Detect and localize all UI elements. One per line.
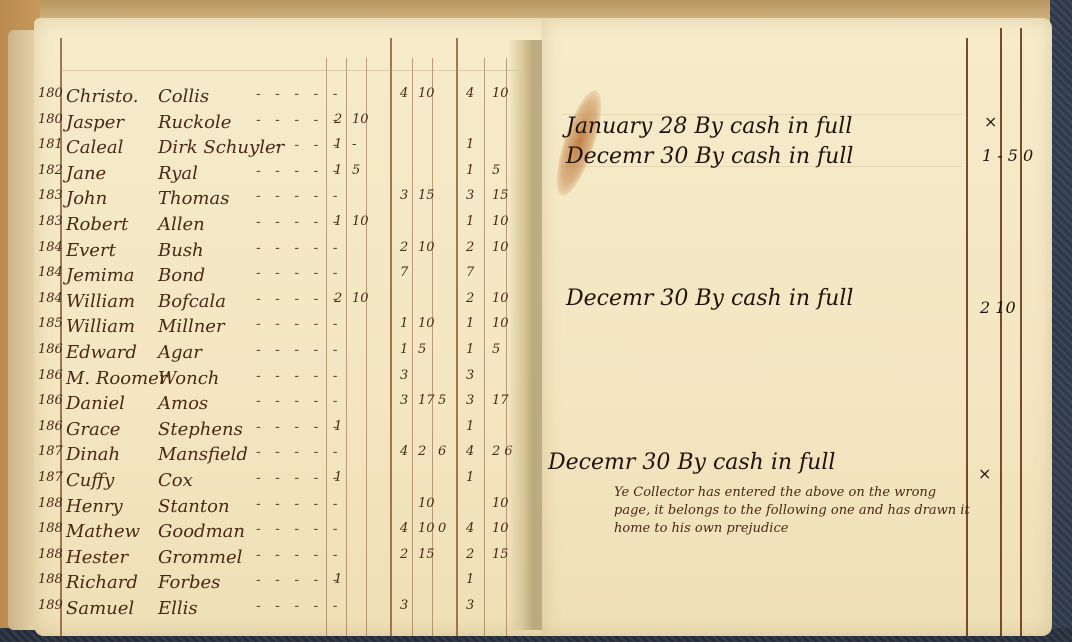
first-name: Evert — [66, 240, 116, 261]
col-b-shillings: 10 — [418, 496, 435, 511]
col-a-pounds: 2 — [334, 112, 342, 127]
total-shillings: 10 — [492, 214, 509, 229]
total-pounds: 1 — [466, 316, 474, 331]
ledger-row: 180 Christo. Collis - - - - - 4 10 4 10 — [34, 86, 554, 111]
last-name: Bond — [158, 265, 205, 286]
total-shillings: 5 — [492, 163, 500, 178]
ledger-row: 184 William Bofcala - - - - - 2 10 2 10 — [34, 291, 554, 316]
page-ref: 188 — [38, 521, 63, 536]
ledger-row: 188 Richard Forbes - - - - - 1 1 — [34, 572, 554, 597]
first-name: Grace — [66, 419, 120, 440]
last-name: Bofcala — [158, 291, 226, 312]
last-name: Bush — [158, 240, 204, 261]
leader-dashes: - - - - - — [256, 393, 342, 409]
ledger-row: 188 Mathew Goodman - - - - - 4 10 0 4 10 — [34, 521, 554, 546]
torn-page-edge — [508, 40, 544, 630]
col-a-shillings: 10 — [352, 291, 369, 306]
last-name: Ryal — [158, 163, 198, 184]
correction-note: Ye Collector has entered the above on th… — [614, 484, 974, 538]
entry-amount: 2 10 — [980, 298, 1016, 317]
ledger-row: 181 Caleal Dirk Schuyler - - - - - 1 - 1 — [34, 137, 554, 162]
total-shillings: 10 — [492, 291, 509, 306]
total-pounds: 1 — [466, 137, 474, 152]
ledger-row: 185 William Millner - - - - - 1 10 1 10 — [34, 316, 554, 341]
leader-dashes: - - - - - — [256, 444, 342, 460]
first-name: Hester — [66, 547, 128, 568]
ledger-row: 189 Samuel Ellis - - - - - 3 3 — [34, 598, 554, 623]
ledger-row: 184 Jemima Bond - - - - - 7 7 — [34, 265, 554, 290]
first-name: Cuffy — [66, 470, 114, 491]
col-a-pounds: 1 — [334, 163, 342, 178]
ledger-row: 188 Hester Grommel - - - - - 2 15 2 15 — [34, 547, 554, 572]
last-name: Stanton — [158, 496, 230, 517]
page-ref: 189 — [38, 598, 63, 613]
page-ref: 180 — [38, 112, 63, 127]
last-name: Grommel — [158, 547, 242, 568]
col-b-shillings: 10 — [418, 521, 435, 536]
page-ref: 184 — [38, 265, 63, 280]
col-b-shillings: 5 — [418, 342, 426, 357]
ledger-row: 186 Grace Stephens - - - - - 1 1 — [34, 419, 554, 444]
page-ref: 184 — [38, 240, 63, 255]
last-name: Cox — [158, 470, 193, 491]
col-a-pounds: 2 — [334, 291, 342, 306]
total-pounds: 1 — [466, 419, 474, 434]
col-b-pounds: 3 — [400, 598, 408, 613]
ledger-left-page: 180 Christo. Collis - - - - - 4 10 4 10 … — [34, 18, 554, 636]
page-ref: 182 — [38, 163, 63, 178]
leader-dashes: - - - - - — [256, 188, 342, 204]
col-a-pounds: 1 — [334, 419, 342, 434]
page-ref: 188 — [38, 572, 63, 587]
first-name: M. Roomer — [66, 368, 167, 389]
ledger-row: 186 Edward Agar - - - - - 1 5 1 5 — [34, 342, 554, 367]
last-name: Collis — [158, 86, 209, 107]
header-rule — [60, 70, 520, 71]
first-name: Edward — [66, 342, 137, 363]
leader-dashes: - - - - - — [256, 419, 342, 435]
last-name: Millner — [158, 316, 225, 337]
column-rule — [966, 38, 968, 636]
leader-dashes: - - - - - — [256, 214, 342, 230]
first-name: Dinah — [66, 444, 120, 465]
leader-dashes: - - - - - — [256, 291, 342, 307]
total-shillings: 10 — [492, 86, 509, 101]
col-b-shillings: 15 — [418, 547, 435, 562]
col-a-pounds: 1 — [334, 572, 342, 587]
col-b-pounds: 1 — [400, 342, 408, 357]
page-ref: 185 — [38, 316, 63, 331]
ledger-row: 186 M. Roomer Wonch - - - - - 3 3 — [34, 368, 554, 393]
ledger-row: 186 Daniel Amos - - - - - 3 17 5 3 17 — [34, 393, 554, 418]
total-shillings: 10 — [492, 521, 509, 536]
col-b-pounds: 2 — [400, 240, 408, 255]
entry-text: Decemr 30 By cash in full — [548, 450, 835, 475]
last-name: Allen — [158, 214, 205, 235]
leader-dashes: - - - - - — [256, 137, 342, 153]
entry-text: Decemr 30 By cash in full — [566, 144, 853, 169]
leader-dashes: - - - - - — [256, 368, 342, 384]
ledger-row: 187 Dinah Mansfield - - - - - 4 2 6 4 2 … — [34, 444, 554, 469]
total-pounds: 1 — [466, 163, 474, 178]
leader-dashes: - - - - - — [256, 112, 342, 128]
page-ref: 184 — [38, 291, 63, 306]
page-ref: 181 — [38, 137, 63, 152]
ledger-right-page: January 28 By cash in full × Decemr 30 B… — [542, 18, 1052, 636]
col-b-shillings: 17 — [418, 393, 435, 408]
leader-dashes: - - - - - — [256, 470, 342, 486]
last-name: Forbes — [158, 572, 220, 593]
entry-amount: 1 - 5 0 — [982, 146, 1033, 165]
last-name: Agar — [158, 342, 202, 363]
first-name: Christo. — [66, 86, 138, 107]
total-pounds: 1 — [466, 342, 474, 357]
first-name: Robert — [66, 214, 128, 235]
last-name: Amos — [158, 393, 208, 414]
check-mark: × — [984, 112, 997, 131]
first-name: Jasper — [66, 112, 124, 133]
ledger-row: 183 John Thomas - - - - - 3 15 3 15 — [34, 188, 554, 213]
first-name: Jemima — [66, 265, 135, 286]
col-b-pence: 0 — [438, 521, 446, 536]
col-b-pounds: 1 — [400, 316, 408, 331]
total-shillings: 17 — [492, 393, 509, 408]
page-ref: 187 — [38, 470, 63, 485]
total-pounds: 3 — [466, 393, 474, 408]
col-b-pounds: 4 — [400, 521, 408, 536]
total-pounds: 7 — [466, 265, 474, 280]
total-pounds: 4 — [466, 444, 474, 459]
ledger-row: 180 Jasper Ruckole - - - - - 2 10 — [34, 112, 554, 137]
col-b-shillings: 10 — [418, 86, 435, 101]
binding-cloth-right — [1050, 0, 1072, 642]
col-a-shillings: 10 — [352, 112, 369, 127]
total-shillings: 5 — [492, 342, 500, 357]
total-shillings: 15 — [492, 547, 509, 562]
first-name: Henry — [66, 496, 123, 517]
first-name: Caleal — [66, 137, 123, 158]
total-shillings: 10 — [492, 240, 509, 255]
first-name: Jane — [66, 163, 106, 184]
page-ref: 186 — [38, 368, 63, 383]
total-pounds: 2 — [466, 291, 474, 306]
col-b-pounds: 2 — [400, 547, 408, 562]
first-name: William — [66, 316, 135, 337]
page-ref: 183 — [38, 214, 63, 229]
total-pounds: 4 — [466, 521, 474, 536]
check-mark: × — [978, 464, 991, 483]
col-b-shillings: 10 — [418, 240, 435, 255]
col-b-pounds: 7 — [400, 265, 408, 280]
col-b-pence: 5 — [438, 393, 446, 408]
col-a-shillings: 5 — [352, 163, 360, 178]
leader-dashes: - - - - - — [256, 572, 342, 588]
leader-dashes: - - - - - — [256, 342, 342, 358]
page-ref: 188 — [38, 496, 63, 511]
col-a-shillings: 10 — [352, 214, 369, 229]
entry-text: Decemr 30 By cash in full — [566, 286, 853, 311]
col-b-pence: 6 — [438, 444, 446, 459]
col-b-pounds: 4 — [400, 444, 408, 459]
first-name: Mathew — [66, 521, 140, 542]
page-ref: 183 — [38, 188, 63, 203]
col-a-pounds: 1 — [334, 214, 342, 229]
leader-dashes: - - - - - — [256, 240, 342, 256]
page-ref: 180 — [38, 86, 63, 101]
page-ref: 186 — [38, 419, 63, 434]
col-a-shillings: - — [352, 137, 356, 152]
col-b-shillings: 15 — [418, 188, 435, 203]
last-name: Thomas — [158, 188, 229, 209]
total-pounds: 3 — [466, 598, 474, 613]
col-b-pounds: 3 — [400, 188, 408, 203]
total-shillings: 15 — [492, 188, 509, 203]
page-ref: 186 — [38, 393, 63, 408]
ledger-row: 183 Robert Allen - - - - - 1 10 1 10 — [34, 214, 554, 239]
page-ref: 187 — [38, 444, 63, 459]
col-b-pounds: 3 — [400, 368, 408, 383]
total-pounds: 2 — [466, 547, 474, 562]
col-b-pounds: 3 — [400, 393, 408, 408]
total-pounds: 1 — [466, 470, 474, 485]
column-rule — [1000, 28, 1002, 636]
total-pounds: 2 — [466, 240, 474, 255]
first-name: William — [66, 291, 135, 312]
leader-dashes: - - - - - — [256, 521, 342, 537]
total-shillings: 10 — [492, 316, 509, 331]
col-b-shillings: 10 — [418, 316, 435, 331]
last-name: Ruckole — [158, 112, 231, 133]
leader-dashes: - - - - - — [256, 265, 342, 281]
column-rule — [1020, 28, 1022, 636]
total-pounds: 1 — [466, 214, 474, 229]
total-pounds: 3 — [466, 368, 474, 383]
col-b-shillings: 2 — [418, 444, 426, 459]
last-name: Ellis — [158, 598, 198, 619]
first-name: Richard — [66, 572, 138, 593]
leader-dashes: - - - - - — [256, 86, 342, 102]
total-pounds: 3 — [466, 188, 474, 203]
total-pounds: 1 — [466, 572, 474, 587]
leader-dashes: - - - - - — [256, 496, 342, 512]
ledger-row: 188 Henry Stanton - - - - - 10 10 — [34, 496, 554, 521]
leader-dashes: - - - - - — [256, 598, 342, 614]
col-a-pounds: 1 — [334, 470, 342, 485]
total-shillings: 10 — [492, 496, 509, 511]
col-a-pounds: 1 — [334, 137, 342, 152]
last-name: Wonch — [158, 368, 219, 389]
col-b-pounds: 4 — [400, 86, 408, 101]
leader-dashes: - - - - - — [256, 316, 342, 332]
total-pounds: 4 — [466, 86, 474, 101]
ink-stain — [548, 86, 611, 200]
first-name: Samuel — [66, 598, 134, 619]
page-ref: 186 — [38, 342, 63, 357]
leader-dashes: - - - - - — [256, 163, 342, 179]
last-name: Mansfield — [158, 444, 248, 465]
page-ref: 188 — [38, 547, 63, 562]
first-name: John — [66, 188, 107, 209]
entry-text: January 28 By cash in full — [566, 114, 852, 139]
last-name: Stephens — [158, 419, 243, 440]
last-name: Goodman — [158, 521, 245, 542]
ledger-row: 184 Evert Bush - - - - - 2 10 2 10 — [34, 240, 554, 265]
leader-dashes: - - - - - — [256, 547, 342, 563]
ledger-row: 182 Jane Ryal - - - - - 1 5 1 5 — [34, 163, 554, 188]
ledger-row: 187 Cuffy Cox - - - - - 1 1 — [34, 470, 554, 495]
first-name: Daniel — [66, 393, 125, 414]
